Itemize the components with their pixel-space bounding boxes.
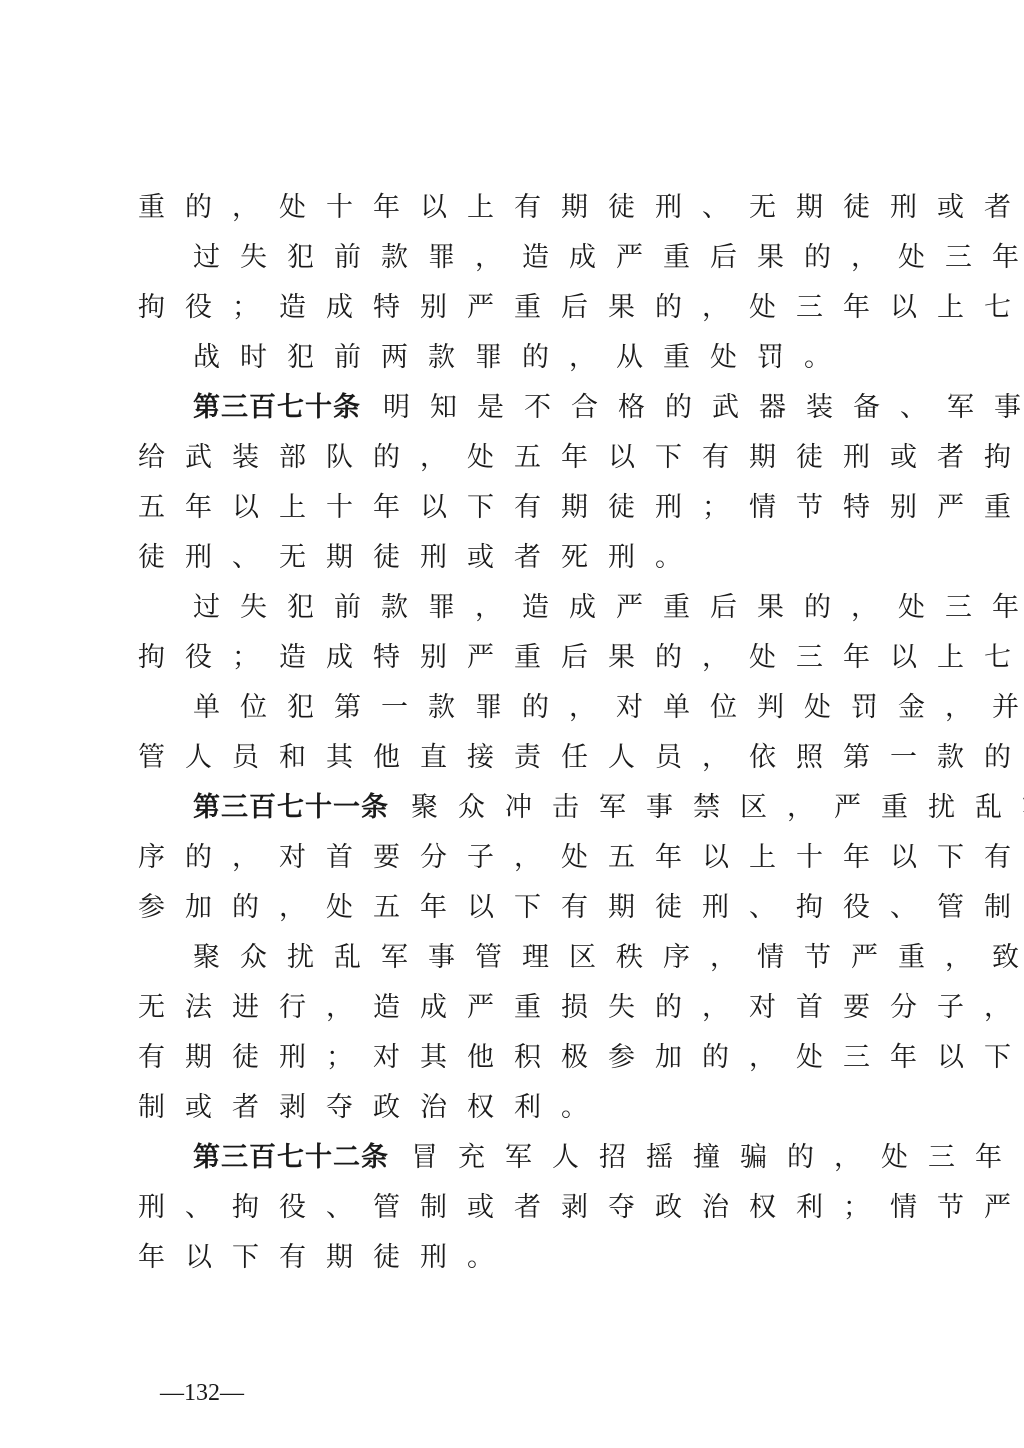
text-line: 拘役；造成特别严重后果的，处三年以上七年以下有期徒刑。 (138, 633, 900, 683)
text-line: 管人员和其他直接责任人员，依照第一款的规定处罚。 (138, 733, 900, 783)
text-line: 第三百七十一条聚众冲击军事禁区，严重扰乱军事禁区秩 (138, 783, 900, 833)
text-line: 年以下有期徒刑。 (138, 1233, 900, 1283)
document-page: 重的，处十年以上有期徒刑、无期徒刑或者死刑。 过失犯前款罪，造成严重后果的，处三… (0, 0, 1024, 1448)
article-text: 聚众冲击军事禁区，严重扰乱军事禁区秩 (411, 792, 1024, 823)
text-line: 给武装部队的，处五年以下有期徒刑或者拘役；情节严重的，处 (138, 433, 900, 483)
text-line: 序的，对首要分子，处五年以上十年以下有期徒刑；对其他积极 (138, 833, 900, 883)
paragraph-military-zone: 聚众扰乱军事管理区秩序，情节严重，致使军事管理区工作 无法进行，造成严重损失的，… (138, 933, 900, 1133)
paragraph-unit-crime: 单位犯第一款罪的，对单位判处罚金，并对其直接负责的主 管人员和其他直接责任人员，… (138, 683, 900, 783)
text-line: 制或者剥夺政治权利。 (138, 1083, 900, 1133)
text-line: 参加的，处五年以下有期徒刑、拘役、管制或者剥夺政治权利。 (138, 883, 900, 933)
text-line: 五年以上十年以下有期徒刑；情节特别严重的，处十年以上有期 (138, 483, 900, 533)
text-line: 刑、拘役、管制或者剥夺政治权利；情节严重的，处三年以上十 (138, 1183, 900, 1233)
paragraph-continuation: 重的，处十年以上有期徒刑、无期徒刑或者死刑。 (138, 183, 900, 233)
paragraph-negligence: 过失犯前款罪，造成严重后果的，处三年以下有期徒刑或者 拘役；造成特别严重后果的，… (138, 233, 900, 333)
text-line: 战时犯前两款罪的，从重处罚。 (138, 333, 900, 383)
paragraph-wartime: 战时犯前两款罪的，从重处罚。 (138, 333, 900, 383)
article-title: 第三百七十二条 (193, 1142, 389, 1173)
paragraph-negligence-370: 过失犯前款罪，造成严重后果的，处三年以下有期徒刑或者 拘役；造成特别严重后果的，… (138, 583, 900, 683)
text-line: 重的，处十年以上有期徒刑、无期徒刑或者死刑。 (138, 183, 900, 233)
article-text: 冒充军人招摇撞骗的，处三年以下有期徒 (411, 1142, 1024, 1173)
article-title: 第三百七十条 (193, 392, 361, 423)
text-line: 过失犯前款罪，造成严重后果的，处三年以下有期徒刑或者 (138, 583, 900, 633)
page-number: —132— (160, 1380, 244, 1407)
text-line: 第三百七十二条冒充军人招摇撞骗的，处三年以下有期徒 (138, 1133, 900, 1183)
article-372: 第三百七十二条冒充军人招摇撞骗的，处三年以下有期徒 刑、拘役、管制或者剥夺政治权… (138, 1133, 900, 1283)
text-line: 过失犯前款罪，造成严重后果的，处三年以下有期徒刑或者 (138, 233, 900, 283)
text-line: 单位犯第一款罪的，对单位判处罚金，并对其直接负责的主 (138, 683, 900, 733)
text-line: 有期徒刑；对其他积极参加的，处三年以下有期徒刑、拘役、管 (138, 1033, 900, 1083)
document-body: 重的，处十年以上有期徒刑、无期徒刑或者死刑。 过失犯前款罪，造成严重后果的，处三… (138, 183, 900, 1283)
text-line: 徒刑、无期徒刑或者死刑。 (138, 533, 900, 583)
text-line: 聚众扰乱军事管理区秩序，情节严重，致使军事管理区工作 (138, 933, 900, 983)
article-371: 第三百七十一条聚众冲击军事禁区，严重扰乱军事禁区秩 序的，对首要分子，处五年以上… (138, 783, 900, 933)
article-370: 第三百七十条明知是不合格的武器装备、军事设施而提供 给武装部队的，处五年以下有期… (138, 383, 900, 583)
text-line: 无法进行，造成严重损失的，对首要分子，处三年以上七年以下 (138, 983, 900, 1033)
article-title: 第三百七十一条 (193, 792, 389, 823)
text-line: 第三百七十条明知是不合格的武器装备、军事设施而提供 (138, 383, 900, 433)
article-text: 明知是不合格的武器装备、军事设施而提供 (383, 392, 1024, 423)
text-line: 拘役；造成特别严重后果的，处三年以上七年以下有期徒刑。 (138, 283, 900, 333)
